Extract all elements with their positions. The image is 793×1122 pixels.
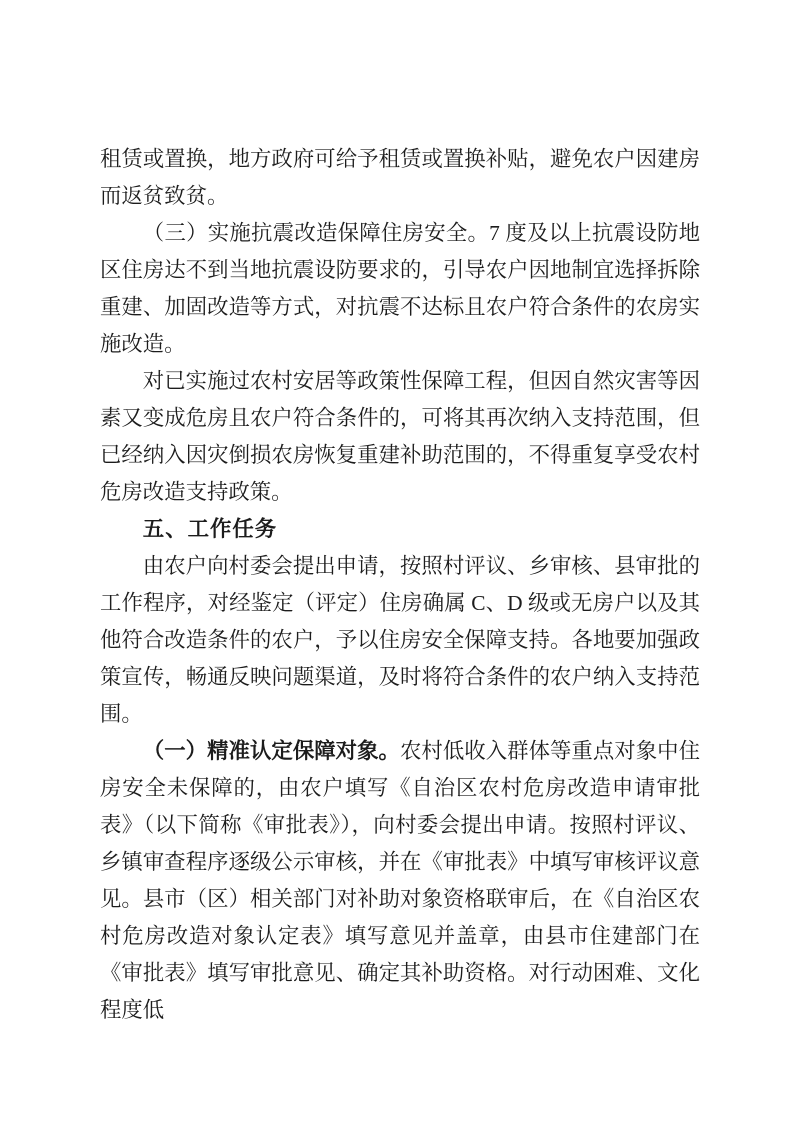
paragraph-disaster-rebuild: 对已实施过农村安居等政策性保障工程，但因自然灾害等因素又变成危房且农户符合条件的…	[100, 363, 700, 511]
text-run: 租赁或置换，地方政府可给予租赁或置换补贴，避免农户因建房而返贫致贫。	[100, 147, 700, 208]
text-run: 由农户向村委会提出申请，按照村评议、乡审核、县审批的工作程序，对经鉴定（评定）住…	[100, 554, 700, 726]
document-body: 租赁或置换，地方政府可给予租赁或置换补贴，避免农户因建房而返贫致贫。（三）实施抗…	[100, 141, 700, 1029]
section-heading-5: 五、工作任务	[100, 511, 700, 548]
text-run: （三）实施抗震改造保障住房安全。7 度及以上抗震设防地区住房达不到当地抗震设防要…	[100, 221, 700, 356]
paragraph-item-1-identify-targets: （一）精准认定保障对象。农村低收入群体等重点对象中住房安全未保障的，由农户填写《…	[100, 733, 700, 1029]
paragraph-item-3: （三）实施抗震改造保障住房安全。7 度及以上抗震设防地区住房达不到当地抗震设防要…	[100, 215, 700, 363]
paragraph-application-process: 由农户向村委会提出申请，按照村评议、乡审核、县审批的工作程序，对经鉴定（评定）住…	[100, 548, 700, 733]
paragraph-continuation: 租赁或置换，地方政府可给予租赁或置换补贴，避免农户因建房而返贫致贫。	[100, 141, 700, 215]
document-page: 租赁或置换，地方政府可给予租赁或置换补贴，避免农户因建房而返贫致贫。（三）实施抗…	[0, 0, 793, 1122]
text-run: 对已实施过农村安居等政策性保障工程，但因自然灾害等因素又变成危房且农户符合条件的…	[100, 369, 700, 504]
bold-text-run: 五、工作任务	[143, 517, 277, 541]
bold-text-run: （一）精准认定保障对象。	[143, 739, 400, 763]
text-run: 农村低收入群体等重点对象中住房安全未保障的，由农户填写《自治区农村危房改造申请审…	[100, 739, 700, 1022]
